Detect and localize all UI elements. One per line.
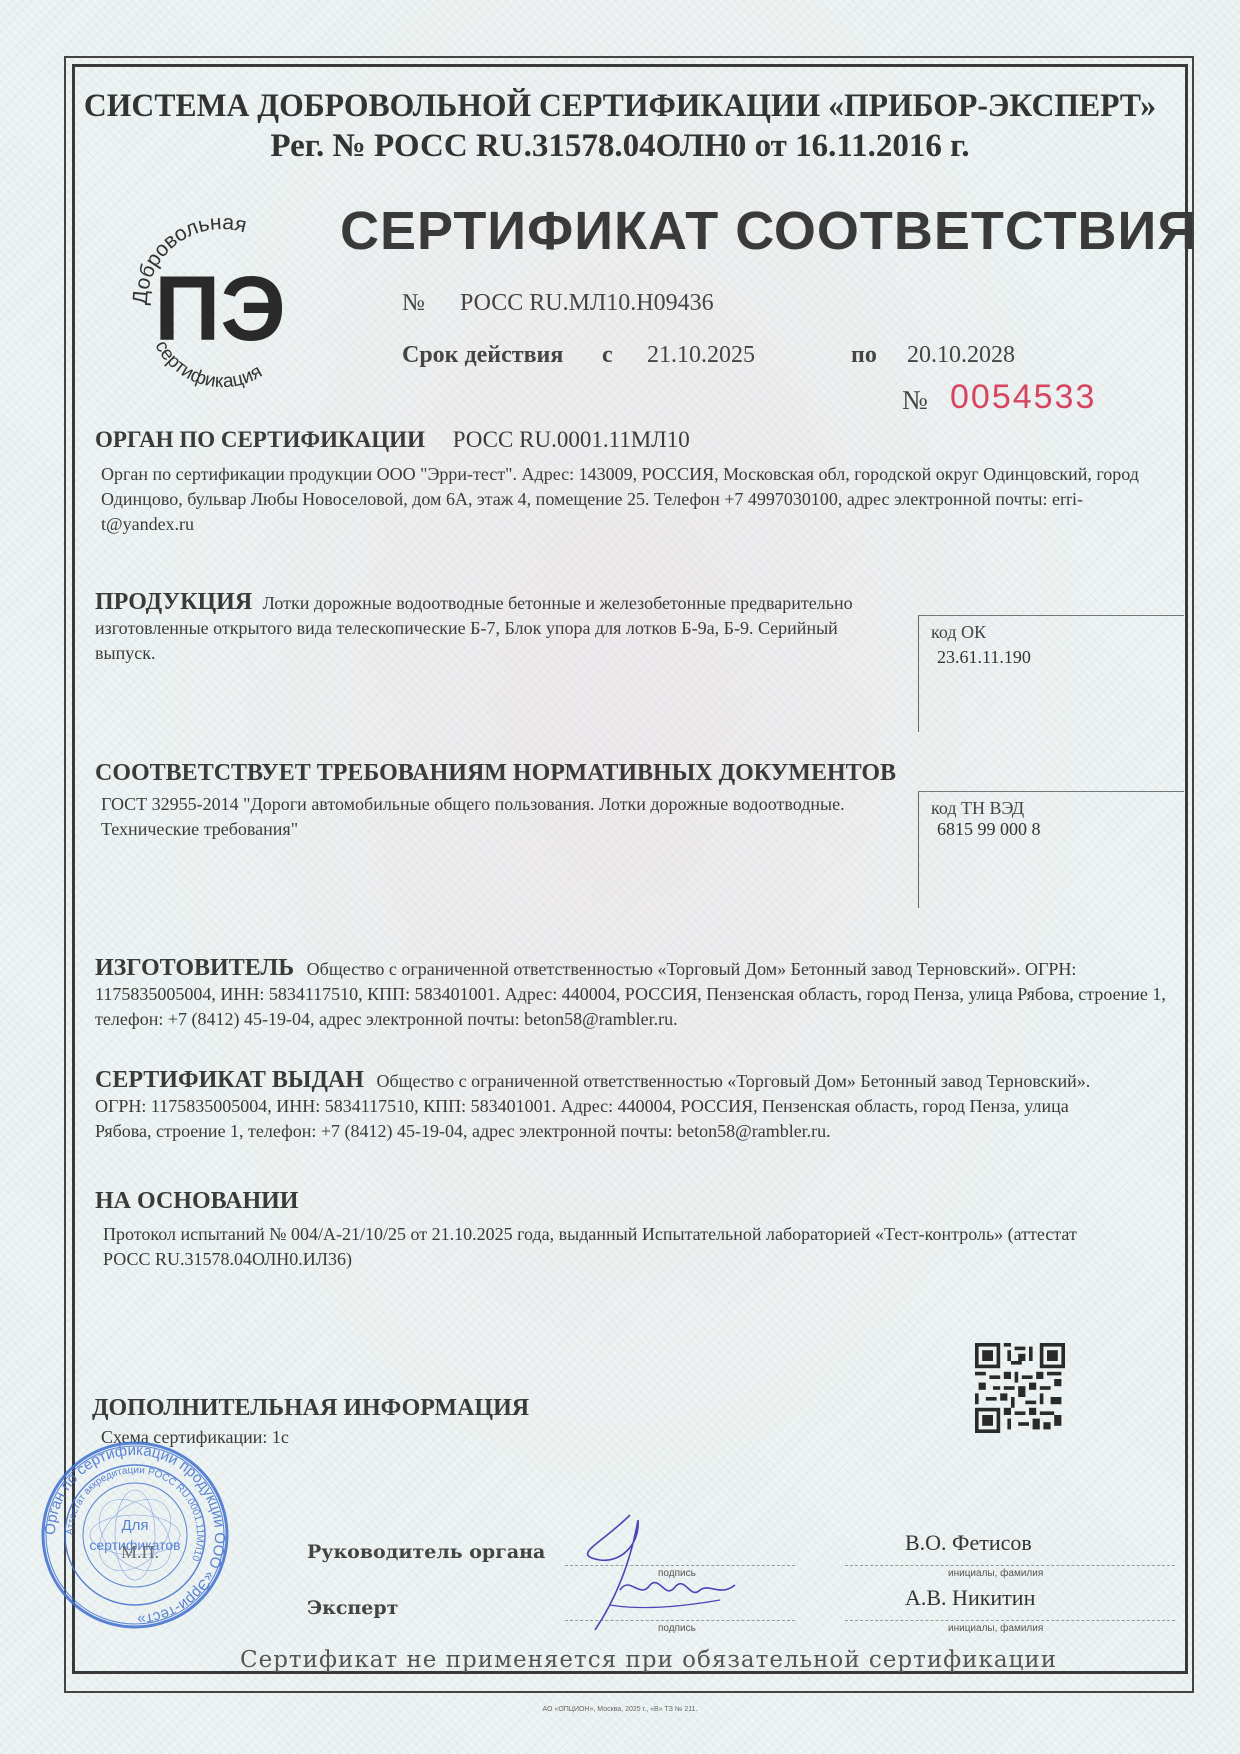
expert-label: Эксперт bbox=[307, 1597, 398, 1619]
certificate-number: РОСС RU.МЛ10.Н09436 bbox=[460, 290, 714, 317]
certification-body-heading: ОРГАН ПО СЕРТИФИКАЦИИ РОСС RU.0001.11МЛ1… bbox=[95, 427, 690, 453]
serial-number-label: № bbox=[902, 385, 928, 416]
certification-body-text: Орган по сертификации продукции ООО "Эрр… bbox=[101, 462, 1161, 537]
product-section: ПРОДУКЦИЯ Лотки дорожные водоотводные бе… bbox=[95, 590, 875, 666]
product-code-label: код ОК bbox=[931, 622, 1184, 643]
certificate-title: СЕРТИФИКАТ СООТВЕТСТВИЯ bbox=[340, 200, 1197, 262]
normative-text: ГОСТ 32955-2014 "Дороги автомобильные об… bbox=[101, 792, 861, 842]
valid-to-date: 20.10.2028 bbox=[907, 342, 1015, 369]
footer-note: Сертификат не применяется при обязательн… bbox=[240, 1647, 1057, 1673]
product-code-value: 23.61.11.190 bbox=[937, 647, 1184, 668]
valid-from-date: 21.10.2025 bbox=[647, 342, 755, 369]
expert-name-line bbox=[845, 1620, 1175, 1621]
certificate-number-label: № bbox=[402, 290, 425, 317]
valid-from-prefix: с bbox=[602, 342, 613, 369]
system-title: СИСТЕМА ДОБРОВОЛЬНОЙ СЕРТИФИКАЦИИ «ПРИБО… bbox=[25, 88, 1215, 125]
head-name-line bbox=[845, 1565, 1175, 1566]
valid-to-prefix: по bbox=[851, 342, 877, 369]
tnved-code-value: 6815 99 000 8 bbox=[937, 819, 1184, 840]
manufacturer-text-first: Общество с ограниченной ответственностью… bbox=[307, 959, 1021, 979]
official-stamp: Орган по сертификации продукции ООО «Эрр… bbox=[40, 1440, 230, 1630]
certification-body-heading-text: ОРГАН ПО СЕРТИФИКАЦИИ bbox=[95, 427, 425, 452]
product-text-first: Лотки дорожные водоотводные бетонные и ж… bbox=[263, 593, 726, 613]
normative-heading: СООТВЕТСТВУЕТ ТРЕБОВАНИЯМ НОРМАТИВНЫХ ДО… bbox=[95, 760, 896, 787]
basis-text: Протокол испытаний № 004/А-21/10/25 от 2… bbox=[103, 1222, 1093, 1272]
additional-info-heading: ДОПОЛНИТЕЛЬНАЯ ИНФОРМАЦИЯ bbox=[92, 1395, 529, 1422]
expert-name-caption: инициалы, фамилия bbox=[948, 1623, 1043, 1634]
serial-number: 0054533 bbox=[950, 378, 1096, 417]
system-registration: Рег. № РОСС RU.31578.04ОЛН0 от 16.11.201… bbox=[0, 128, 1240, 165]
head-name-caption: инициалы, фамилия bbox=[948, 1568, 1043, 1579]
qr-code bbox=[975, 1343, 1065, 1433]
expert-name: А.В. Никитин bbox=[905, 1585, 1035, 1611]
head-name: В.О. Фетисов bbox=[905, 1530, 1032, 1556]
printer-imprint: АО «ОПЦИОН», Москва, 2025 г., «В» ТЗ № 2… bbox=[0, 1706, 1240, 1713]
issued-to-heading: СЕРТИФИКАТ ВЫДАН bbox=[95, 1067, 364, 1093]
tnved-code-label: код ТН ВЭД bbox=[931, 798, 1184, 819]
basis-heading: НА ОСНОВАНИИ bbox=[95, 1188, 298, 1215]
logo-letters: ПЭ bbox=[154, 258, 286, 360]
manufacturer-heading: ИЗГОТОВИТЕЛЬ bbox=[95, 955, 294, 981]
issued-to-text-first: Общество с ограниченной ответственностью… bbox=[376, 1071, 982, 1091]
certification-body-code: РОСС RU.0001.11МЛ10 bbox=[453, 427, 690, 452]
validity-label: Срок действия bbox=[402, 342, 563, 369]
manufacturer-section: ИЗГОТОВИТЕЛЬ Общество с ограниченной отв… bbox=[95, 956, 1170, 1032]
tnved-code-box: код ТН ВЭД 6815 99 000 8 bbox=[918, 791, 1184, 908]
issued-to-section: СЕРТИФИКАТ ВЫДАН Общество с ограниченной… bbox=[95, 1068, 1115, 1144]
voluntary-certification-logo: Добровольная ПЭ сертификация bbox=[125, 200, 315, 400]
stamp-mp-label: М.П. bbox=[121, 1542, 159, 1562]
product-heading: ПРОДУКЦИЯ bbox=[95, 589, 252, 615]
handwritten-signatures bbox=[560, 1505, 760, 1635]
head-of-body-label: Руководитель органа bbox=[307, 1541, 545, 1563]
product-code-box: код ОК 23.61.11.190 bbox=[918, 615, 1184, 732]
stamp-center-top: Для bbox=[121, 1517, 148, 1534]
